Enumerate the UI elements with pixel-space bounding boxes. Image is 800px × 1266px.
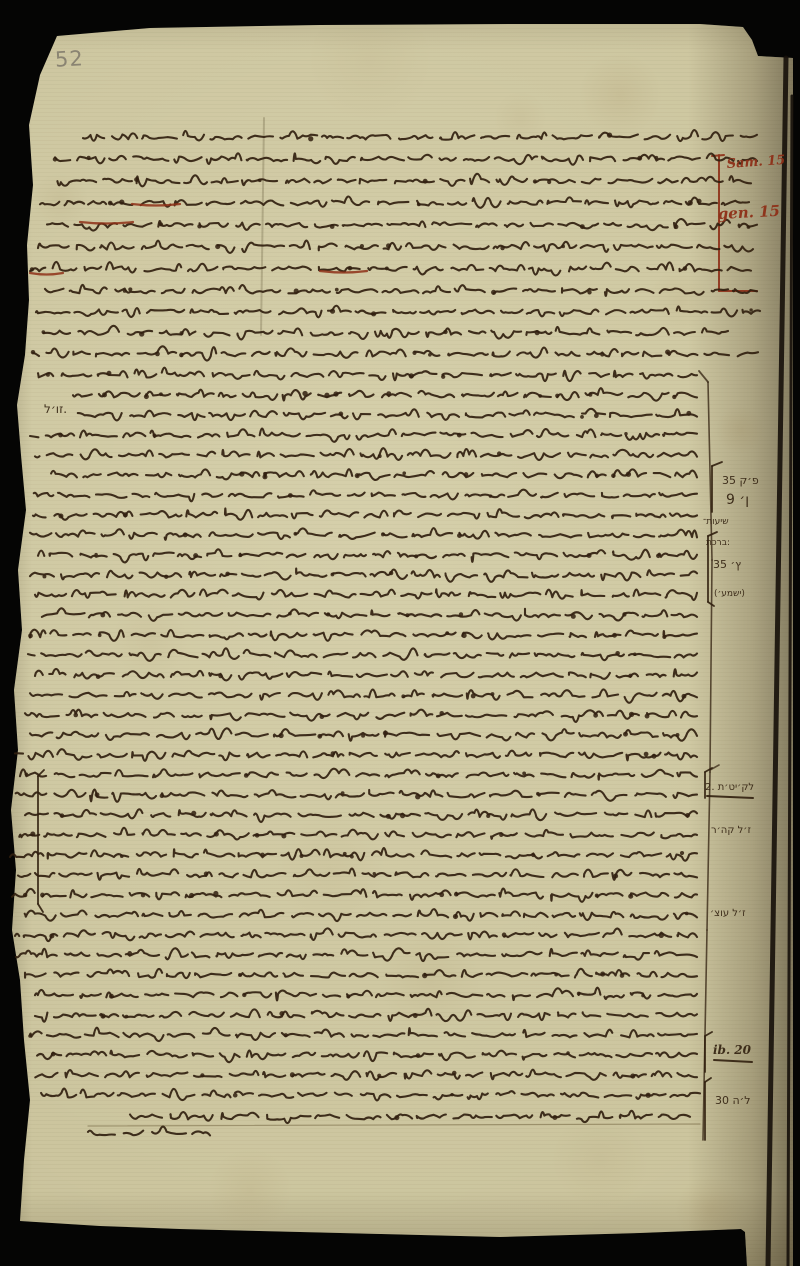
paper-stain	[530, 1090, 670, 1230]
paper-stain	[660, 1160, 760, 1260]
paper-stain	[355, 905, 505, 1055]
paper-stain	[250, 790, 410, 950]
paper-stain	[635, 255, 725, 345]
paper-stain	[705, 395, 775, 465]
paper-stain	[20, 160, 100, 240]
paper-stain	[95, 585, 205, 695]
paper-stain	[280, 0, 460, 150]
scanned-manuscript-photo: 52 Sam. 15gen. 15פ׳ק 35ן׳ 9שיעות־ברכת:ץ׳…	[0, 0, 800, 1266]
page-number-pencil: 52	[54, 46, 84, 71]
paper-stain	[560, 35, 680, 155]
manuscript-page: 52	[0, 0, 800, 1266]
paper-stain	[190, 1130, 310, 1250]
paper-stain	[482, 80, 558, 156]
